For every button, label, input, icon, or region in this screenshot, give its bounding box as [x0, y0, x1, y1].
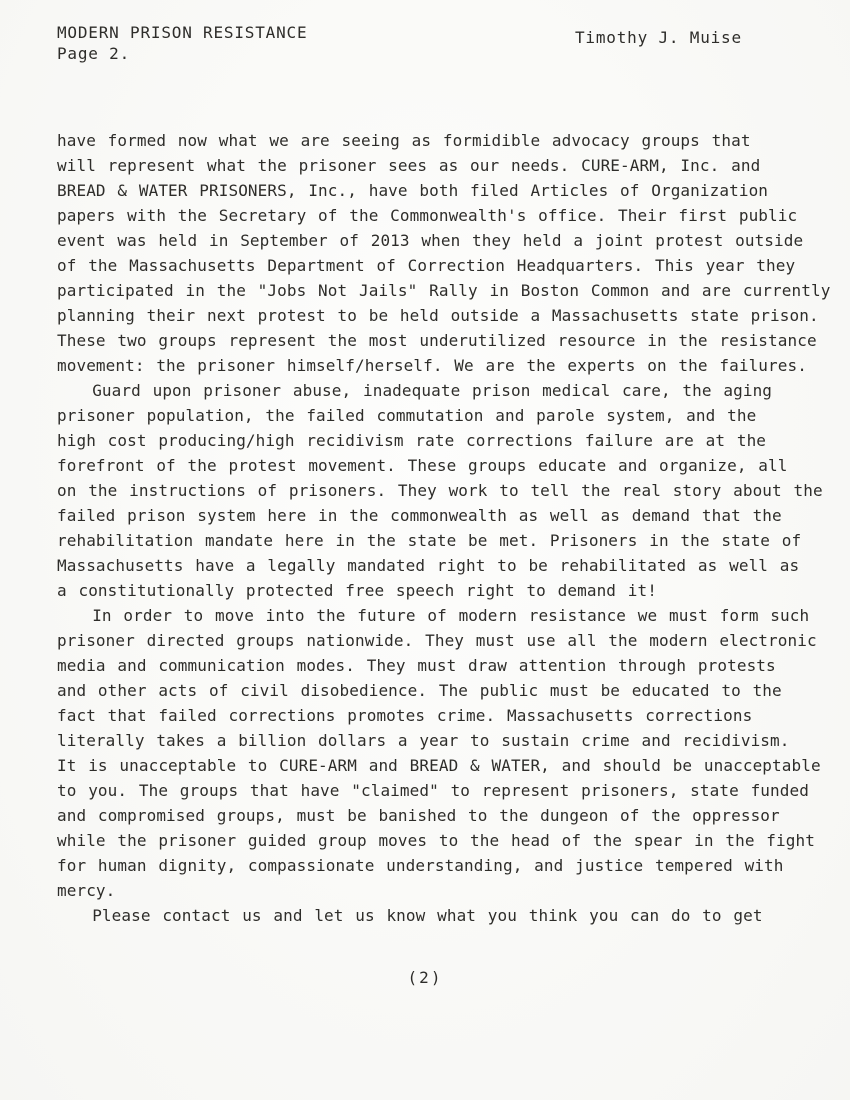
text-line: while the prisoner guided group moves to…: [57, 828, 847, 853]
text-line: a constitutionally protected free speech…: [57, 578, 847, 603]
page-number: (2): [0, 968, 850, 987]
text-line: and other acts of civil disobedience. Th…: [57, 678, 847, 703]
text-line: movement: the prisoner himself/herself. …: [57, 353, 847, 378]
text-line: to you. The groups that have "claimed" t…: [57, 778, 847, 803]
text-line: for human dignity, compassionate underst…: [57, 853, 847, 878]
text-line: literally takes a billion dollars a year…: [57, 728, 847, 753]
text-line: media and communication modes. They must…: [57, 653, 847, 678]
document-header: MODERN PRISON RESISTANCE Page 2. Timothy…: [57, 22, 810, 64]
text-line: Massachusetts have a legally mandated ri…: [57, 553, 847, 578]
text-line: high cost producing/high recidivism rate…: [57, 428, 847, 453]
text-line: fact that failed corrections promotes cr…: [57, 703, 847, 728]
text-line: These two groups represent the most unde…: [57, 328, 847, 353]
body-lines: have formed now what we are seeing as fo…: [57, 128, 847, 928]
text-line: have formed now what we are seeing as fo…: [57, 128, 847, 153]
text-line: planning their next protest to be held o…: [57, 303, 847, 328]
text-line: participated in the "Jobs Not Jails" Ral…: [57, 278, 847, 303]
text-line: event was held in September of 2013 when…: [57, 228, 847, 253]
text-line: prisoner population, the failed commutat…: [57, 403, 847, 428]
text-line: failed prison system here in the commonw…: [57, 503, 847, 528]
text-line: It is unacceptable to CURE-ARM and BREAD…: [57, 753, 847, 778]
text-line: on the instructions of prisoners. They w…: [57, 478, 847, 503]
text-line: Guard upon prisoner abuse, inadequate pr…: [57, 378, 847, 403]
text-line: mercy.: [57, 878, 847, 903]
text-line: forefront of the protest movement. These…: [57, 453, 847, 478]
document-page: MODERN PRISON RESISTANCE Page 2. Timothy…: [0, 0, 850, 1100]
text-line: will represent what the prisoner sees as…: [57, 153, 847, 178]
text-line: and compromised groups, must be banished…: [57, 803, 847, 828]
text-line: papers with the Secretary of the Commonw…: [57, 203, 847, 228]
text-line: BREAD & WATER PRISONERS, Inc., have both…: [57, 178, 847, 203]
text-line: prisoner directed groups nationwide. The…: [57, 628, 847, 653]
author-name: Timothy J. Muise: [575, 28, 742, 47]
text-line: of the Massachusetts Department of Corre…: [57, 253, 847, 278]
text-line: rehabilitation mandate here in the state…: [57, 528, 847, 553]
text-line: Please contact us and let us know what y…: [57, 903, 847, 928]
text-line: In order to move into the future of mode…: [57, 603, 847, 628]
